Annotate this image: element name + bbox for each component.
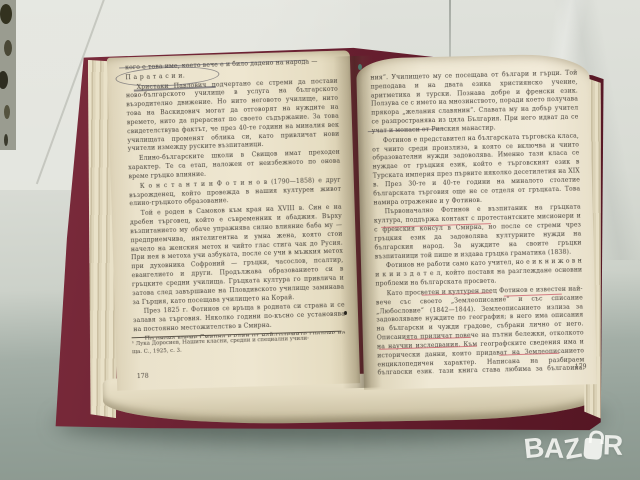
paragraph: Първоначално Фотинов е възпитаник на гръ… xyxy=(374,204,582,262)
paragraph: Фотинов не работи само като учител, но е… xyxy=(375,258,583,290)
page-number-left: 178 xyxy=(137,373,149,380)
watermark-letter: B xyxy=(523,433,546,463)
left-page-text: кого е това име, което вече е и било дад… xyxy=(125,58,346,341)
shopping-bag-icon xyxy=(583,438,603,460)
watermark-letter: R xyxy=(602,431,623,460)
book-product-photo: кого е това име, което вече е и било дад… xyxy=(0,0,640,480)
paragraph: ния“. Училището му се посещава от българ… xyxy=(370,69,578,136)
dark-speck xyxy=(344,311,347,315)
bag-handle xyxy=(588,430,604,444)
green-speck xyxy=(358,64,362,70)
right-page: ния“. Училището му се посещава от българ… xyxy=(356,53,597,390)
paragraph: Като просветен и културен деец Фотинов е… xyxy=(376,285,585,374)
paragraph: Той е роден в Самоков към края на XVIII … xyxy=(130,204,345,308)
watermark-letter: Z xyxy=(563,434,585,465)
dark-objects-left-edge xyxy=(0,0,16,150)
page-number-right: 179 xyxy=(575,363,587,370)
right-page-text: ния“. Училището му се посещава от българ… xyxy=(370,69,584,374)
paragraph: Фотинов е представител на българската тъ… xyxy=(372,132,581,208)
left-page: кого е това име, което вече е и било дад… xyxy=(107,50,360,390)
bazar-watermark: B A Z R xyxy=(524,431,624,462)
